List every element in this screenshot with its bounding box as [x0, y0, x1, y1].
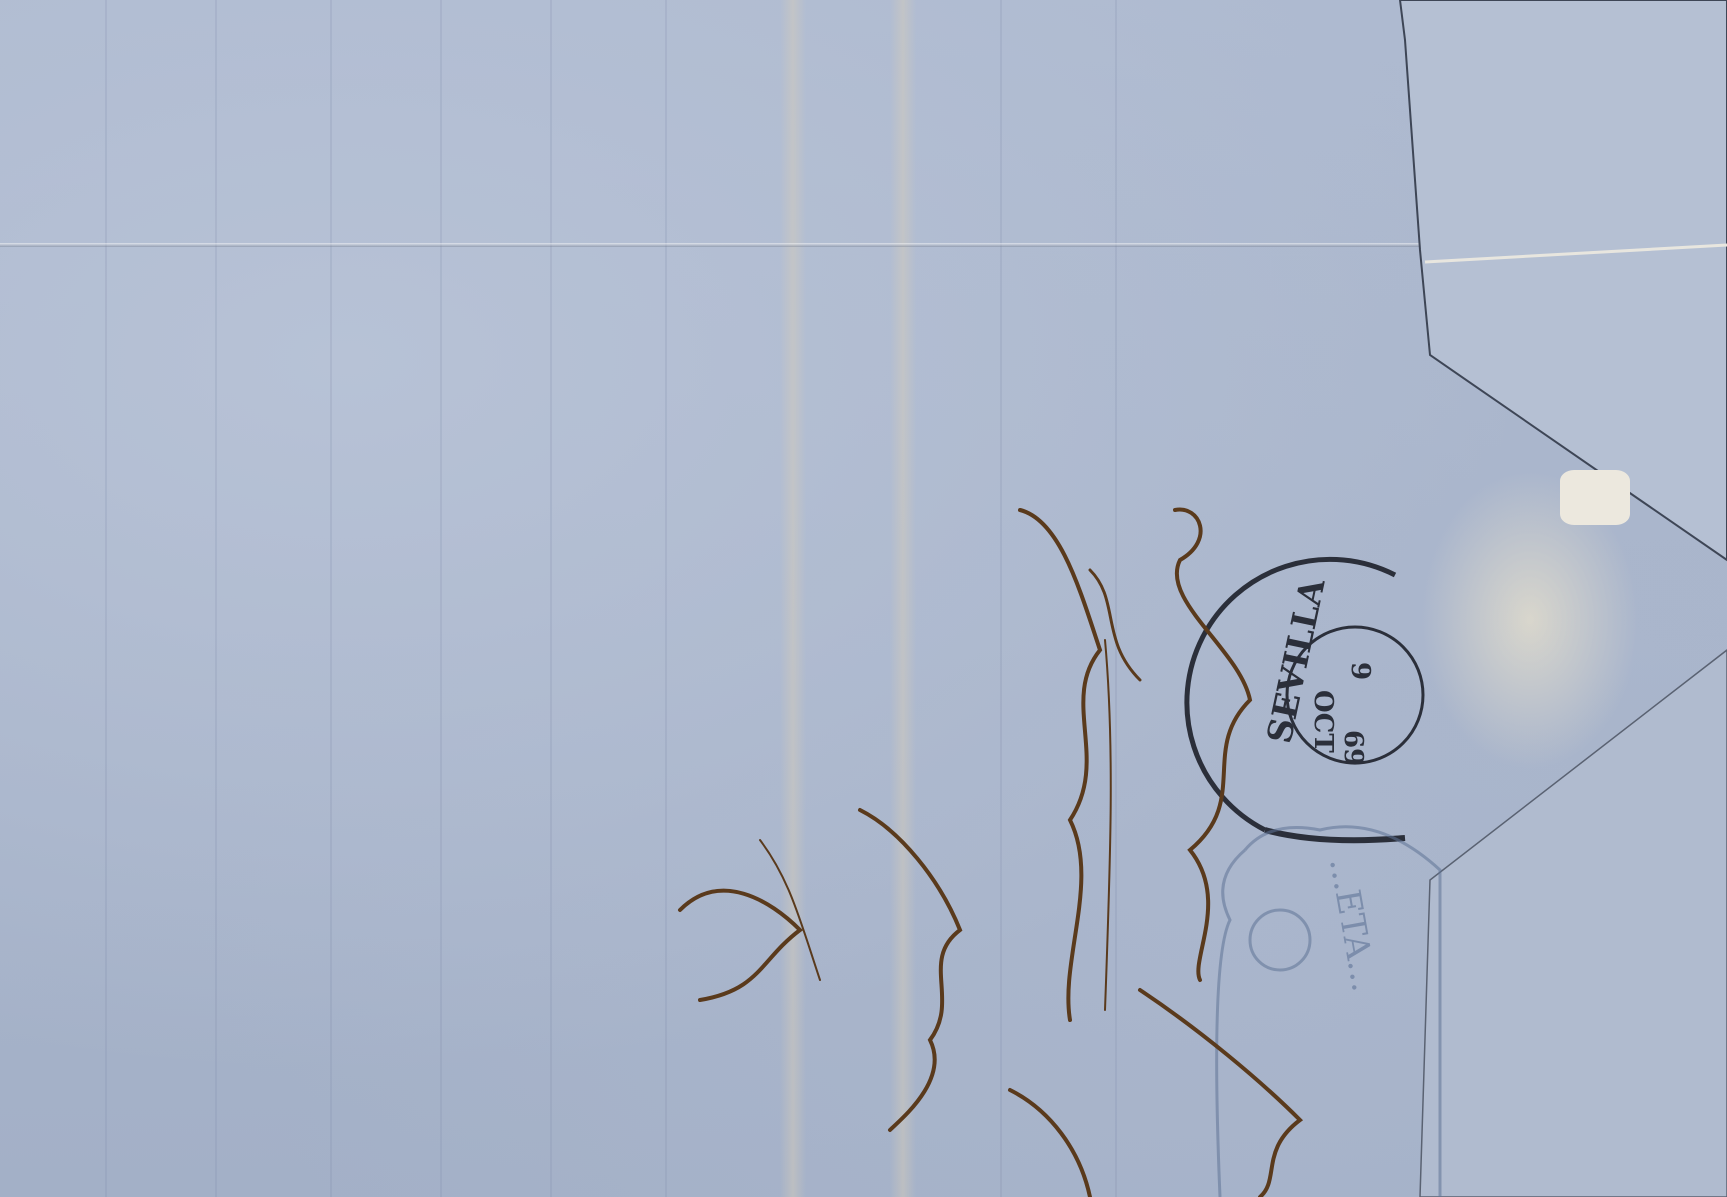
handwritten-address [0, 0, 1727, 1197]
